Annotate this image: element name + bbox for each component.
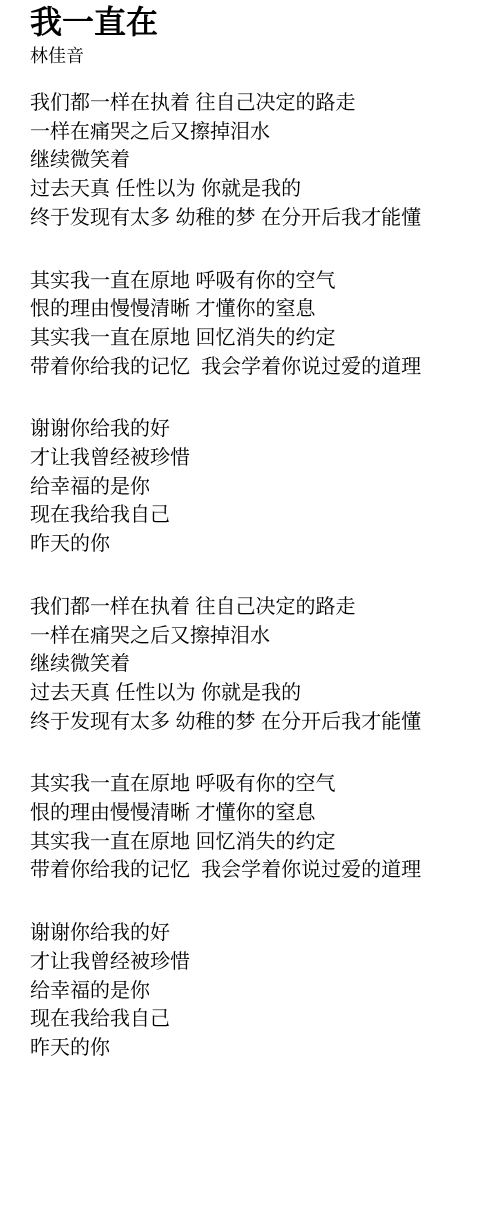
lyric-line: 其实我一直在原地 回忆消失的约定 [30,828,480,857]
lyric-line: 给幸福的是你 [30,977,480,1006]
lyric-line: 给幸福的是你 [30,473,480,502]
lyric-line: 过去天真 任性以为 你就是我的 [30,679,480,708]
lyric-line: 恨的理由慢慢清晰 才懂你的窒息 [30,295,480,324]
lyric-line: 一样在痛哭之后又擦掉泪水 [30,622,480,651]
lyric-line: 谢谢你给我的好 [30,919,480,948]
lyric-line: 现在我给我自己 [30,1005,480,1034]
lyric-stanza: 谢谢你给我的好才让我曾经被珍惜给幸福的是你现在我给我自己昨天的你 [30,919,480,1063]
artist-name: 林佳音 [30,44,480,68]
lyric-line: 终于发现有太多 幼稚的梦 在分开后我才能懂 [30,708,480,737]
lyric-line: 继续微笑着 [30,650,480,679]
page-title: 我一直在 [30,3,480,41]
lyrics-container: 我们都一样在执着 往自己决定的路走一样在痛哭之后又擦掉泪水继续微笑着过去天真 任… [30,89,480,1063]
lyric-line: 继续微笑着 [30,146,480,175]
lyric-line: 谢谢你给我的好 [30,415,480,444]
lyric-line: 才让我曾经被珍惜 [30,948,480,977]
lyric-line: 其实我一直在原地 呼吸有你的空气 [30,770,480,799]
lyric-line: 过去天真 任性以为 你就是我的 [30,175,480,204]
lyric-line: 一样在痛哭之后又擦掉泪水 [30,118,480,147]
lyric-stanza: 其实我一直在原地 呼吸有你的空气恨的理由慢慢清晰 才懂你的窒息其实我一直在原地 … [30,770,480,885]
lyric-line: 才让我曾经被珍惜 [30,444,480,473]
lyrics-page: 我一直在 林佳音 我们都一样在执着 往自己决定的路走一样在痛哭之后又擦掉泪水继续… [0,0,500,1063]
lyric-stanza: 谢谢你给我的好才让我曾经被珍惜给幸福的是你现在我给我自己昨天的你 [30,415,480,559]
lyric-stanza: 我们都一样在执着 往自己决定的路走一样在痛哭之后又擦掉泪水继续微笑着过去天真 任… [30,89,480,233]
lyric-line: 我们都一样在执着 往自己决定的路走 [30,89,480,118]
lyric-stanza: 其实我一直在原地 呼吸有你的空气恨的理由慢慢清晰 才懂你的窒息其实我一直在原地 … [30,267,480,382]
lyric-line: 带着你给我的记忆 我会学着你说过爱的道理 [30,856,480,885]
lyric-line: 昨天的你 [30,1034,480,1063]
lyric-line: 其实我一直在原地 呼吸有你的空气 [30,267,480,296]
lyric-line: 带着你给我的记忆 我会学着你说过爱的道理 [30,353,480,382]
lyric-stanza: 我们都一样在执着 往自己决定的路走一样在痛哭之后又擦掉泪水继续微笑着过去天真 任… [30,593,480,737]
lyric-line: 其实我一直在原地 回忆消失的约定 [30,324,480,353]
lyric-line: 恨的理由慢慢清晰 才懂你的窒息 [30,799,480,828]
lyric-line: 昨天的你 [30,530,480,559]
lyric-line: 我们都一样在执着 往自己决定的路走 [30,593,480,622]
lyric-line: 现在我给我自己 [30,501,480,530]
lyric-line: 终于发现有太多 幼稚的梦 在分开后我才能懂 [30,204,480,233]
